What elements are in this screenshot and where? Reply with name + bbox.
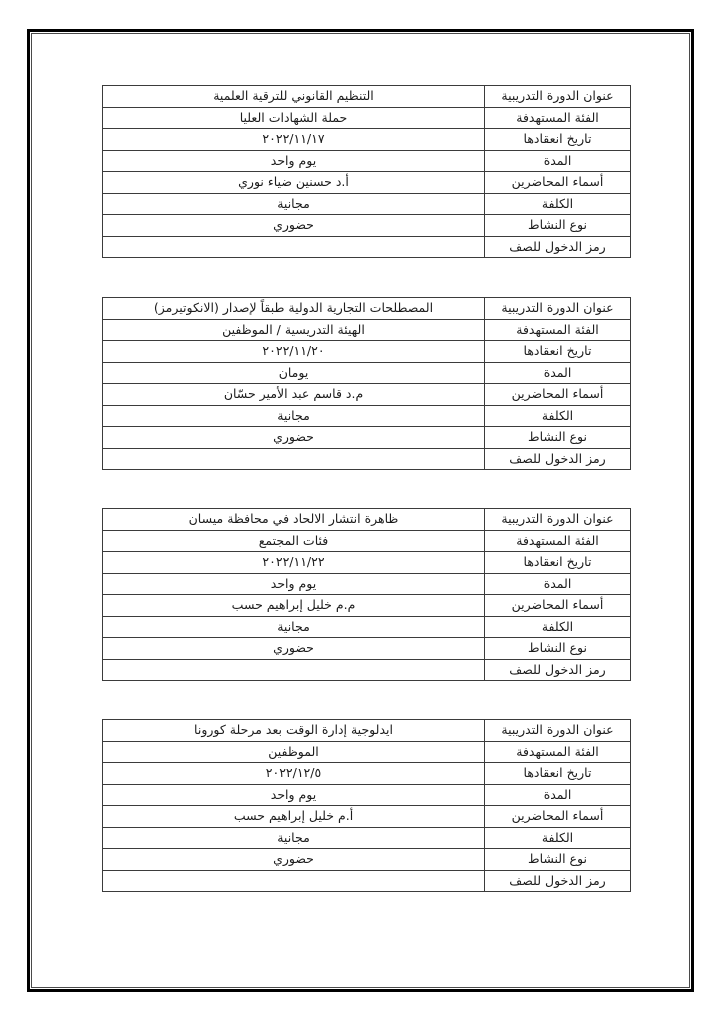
row-label: الكلفة (485, 616, 631, 638)
table-row: تاريخ انعقادها ٢٠٢٢/١١/١٧ (103, 129, 631, 151)
row-value: مجانية (103, 827, 485, 849)
row-label: أسماء المحاضرين (485, 384, 631, 406)
row-value (103, 236, 485, 258)
row-value: مجانية (103, 405, 485, 427)
row-value: ٢٠٢٢/١٢/٥ (103, 763, 485, 785)
table-row: عنوان الدورة التدريبية المصطلحات التجاري… (103, 298, 631, 320)
row-value: التنظيم القانوني للترقية العلمية (103, 86, 485, 108)
row-value: الهيئة التدريسية / الموظفين (103, 319, 485, 341)
table-row: نوع النشاط حضوري (103, 638, 631, 660)
row-label: الفئة المستهدفة (485, 530, 631, 552)
row-value: مجانية (103, 616, 485, 638)
table-row: تاريخ انعقادها ٢٠٢٢/١١/٢٢ (103, 552, 631, 574)
row-value: أ.م خليل إبراهيم حسب (103, 806, 485, 828)
row-label: عنوان الدورة التدريبية (485, 720, 631, 742)
table-row: رمز الدخول للصف (103, 448, 631, 470)
row-label: تاريخ انعقادها (485, 763, 631, 785)
row-value: أ.د حسنين ضياء نوري (103, 172, 485, 194)
row-label: الفئة المستهدفة (485, 319, 631, 341)
table-row: تاريخ انعقادها ٢٠٢٢/١٢/٥ (103, 763, 631, 785)
row-label: المدة (485, 573, 631, 595)
table-row: نوع النشاط حضوري (103, 427, 631, 449)
table-row: أسماء المحاضرين أ.د حسنين ضياء نوري (103, 172, 631, 194)
row-label: رمز الدخول للصف (485, 236, 631, 258)
row-value: حضوري (103, 215, 485, 237)
row-label: أسماء المحاضرين (485, 806, 631, 828)
table-row: رمز الدخول للصف (103, 236, 631, 258)
row-value (103, 448, 485, 470)
row-value: حضوري (103, 638, 485, 660)
row-label: الكلفة (485, 193, 631, 215)
row-value: ٢٠٢٢/١١/٢٢ (103, 552, 485, 574)
table-row: المدة يومان (103, 362, 631, 384)
table-row: الفئة المستهدفة فئات المجتمع (103, 530, 631, 552)
document-page: { "document": { "language": "ar", "direc… (0, 0, 724, 1024)
row-value: يوم واحد (103, 150, 485, 172)
table-row: تاريخ انعقادها ٢٠٢٢/١١/٢٠ (103, 341, 631, 363)
table-row: نوع النشاط حضوري (103, 849, 631, 871)
table-row: الكلفة مجانية (103, 827, 631, 849)
row-value: ظاهرة انتشار الالحاد في محافظة ميسان (103, 509, 485, 531)
table-row: عنوان الدورة التدريبية ايدلوجية إدارة ال… (103, 720, 631, 742)
row-label: عنوان الدورة التدريبية (485, 86, 631, 108)
row-value: ايدلوجية إدارة الوقت بعد مرحلة كورونا (103, 720, 485, 742)
table-row: الكلفة مجانية (103, 405, 631, 427)
table-row: المدة يوم واحد (103, 150, 631, 172)
table-row: نوع النشاط حضوري (103, 215, 631, 237)
table-row: الفئة المستهدفة حملة الشهادات العليا (103, 107, 631, 129)
row-label: المدة (485, 150, 631, 172)
row-value: حضوري (103, 427, 485, 449)
course-table-4: عنوان الدورة التدريبية ايدلوجية إدارة ال… (102, 719, 631, 892)
row-value: م.د قاسم عبد الأمير حسّان (103, 384, 485, 406)
row-label: رمز الدخول للصف (485, 870, 631, 892)
table-row: أسماء المحاضرين م.د قاسم عبد الأمير حسّا… (103, 384, 631, 406)
course-table-1: عنوان الدورة التدريبية التنظيم القانوني … (102, 85, 631, 258)
row-label: أسماء المحاضرين (485, 172, 631, 194)
row-label: نوع النشاط (485, 638, 631, 660)
table-row: أسماء المحاضرين م.م خليل إبراهيم حسب (103, 595, 631, 617)
table-row: عنوان الدورة التدريبية التنظيم القانوني … (103, 86, 631, 108)
row-value: المصطلحات التجارية الدولية طبقاً لإصدار … (103, 298, 485, 320)
row-label: الكلفة (485, 405, 631, 427)
row-label: تاريخ انعقادها (485, 552, 631, 574)
row-label: تاريخ انعقادها (485, 129, 631, 151)
row-value: يومان (103, 362, 485, 384)
row-value: مجانية (103, 193, 485, 215)
row-label: رمز الدخول للصف (485, 448, 631, 470)
row-label: الفئة المستهدفة (485, 107, 631, 129)
table-row: عنوان الدورة التدريبية ظاهرة انتشار الال… (103, 509, 631, 531)
table-row: الكلفة مجانية (103, 193, 631, 215)
row-value: يوم واحد (103, 573, 485, 595)
row-label: عنوان الدورة التدريبية (485, 298, 631, 320)
table-row: الفئة المستهدفة الموظفين (103, 741, 631, 763)
row-value: ٢٠٢٢/١١/٢٠ (103, 341, 485, 363)
row-label: الكلفة (485, 827, 631, 849)
table-row: رمز الدخول للصف (103, 659, 631, 681)
table-row: الكلفة مجانية (103, 616, 631, 638)
row-value: يوم واحد (103, 784, 485, 806)
row-label: المدة (485, 784, 631, 806)
table-row: الفئة المستهدفة الهيئة التدريسية / الموظ… (103, 319, 631, 341)
row-label: رمز الدخول للصف (485, 659, 631, 681)
row-value (103, 659, 485, 681)
row-label: عنوان الدورة التدريبية (485, 509, 631, 531)
row-label: الفئة المستهدفة (485, 741, 631, 763)
row-label: نوع النشاط (485, 427, 631, 449)
row-value: حضوري (103, 849, 485, 871)
row-label: نوع النشاط (485, 849, 631, 871)
table-row: أسماء المحاضرين أ.م خليل إبراهيم حسب (103, 806, 631, 828)
row-value: الموظفين (103, 741, 485, 763)
row-label: نوع النشاط (485, 215, 631, 237)
table-row: رمز الدخول للصف (103, 870, 631, 892)
row-label: المدة (485, 362, 631, 384)
row-value: حملة الشهادات العليا (103, 107, 485, 129)
row-label: أسماء المحاضرين (485, 595, 631, 617)
row-value: م.م خليل إبراهيم حسب (103, 595, 485, 617)
course-table-2: عنوان الدورة التدريبية المصطلحات التجاري… (102, 297, 631, 470)
table-row: المدة يوم واحد (103, 784, 631, 806)
row-value: ٢٠٢٢/١١/١٧ (103, 129, 485, 151)
table-row: المدة يوم واحد (103, 573, 631, 595)
row-value (103, 870, 485, 892)
row-value: فئات المجتمع (103, 530, 485, 552)
row-label: تاريخ انعقادها (485, 341, 631, 363)
course-table-3: عنوان الدورة التدريبية ظاهرة انتشار الال… (102, 508, 631, 681)
